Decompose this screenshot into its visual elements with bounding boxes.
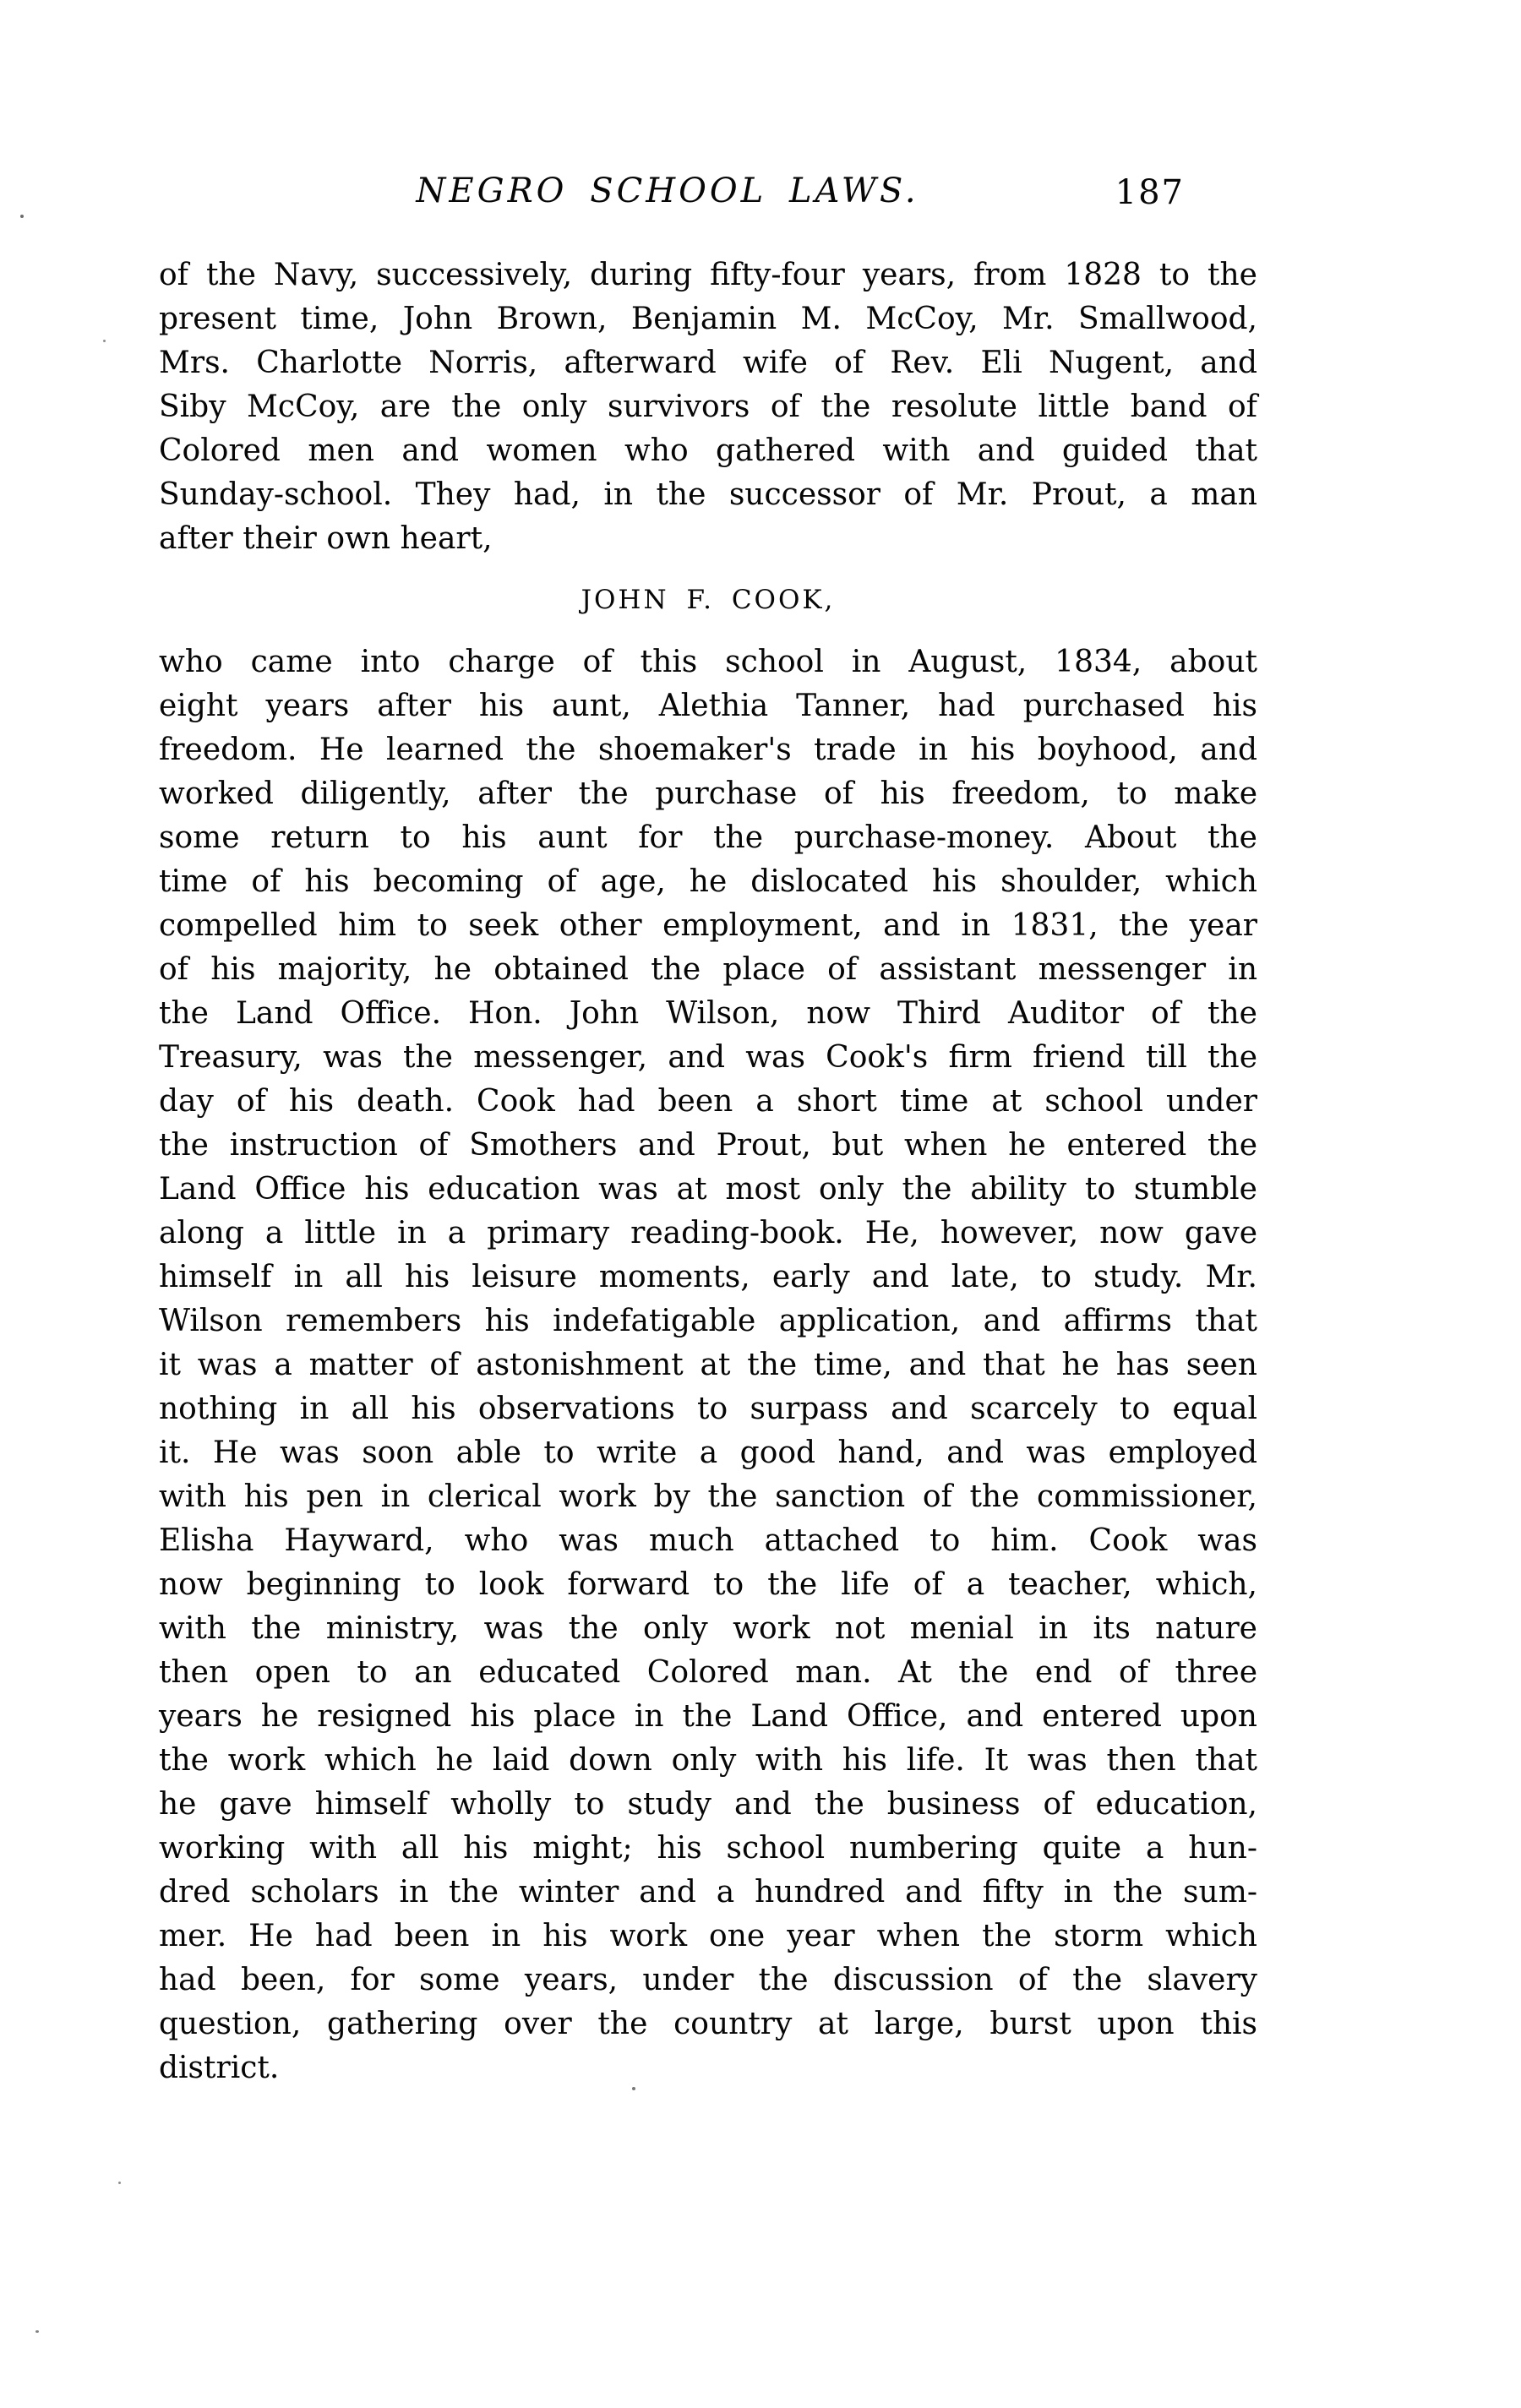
section-heading: JOHN F. COOK,	[159, 581, 1257, 618]
text-line: the Land Office. Hon. John Wilson, now T…	[159, 992, 1257, 1036]
text-line: of his majority, he obtained the place o…	[159, 948, 1257, 992]
text-line: Treasury, was the messenger, and was Coo…	[159, 1036, 1257, 1080]
running-header-title: NEGRO SCHOOL LAWS.	[416, 172, 919, 210]
text-line: it. He was soon able to write a good han…	[159, 1431, 1257, 1475]
text-line: eight years after his aunt, Alethia Tann…	[159, 684, 1257, 728]
text-line: with the ministry, was the only work not…	[159, 1607, 1257, 1651]
text-line: compelled him to seek other employment, …	[159, 904, 1257, 948]
text-line: Colored men and women who gathered with …	[159, 429, 1257, 473]
running-header: NEGRO SCHOOL LAWS. 187	[159, 172, 1257, 217]
text-line: then open to an educated Colored man. At…	[159, 1651, 1257, 1695]
text-line: it was a matter of astonishment at the t…	[159, 1343, 1257, 1387]
book-page: NEGRO SCHOOL LAWS. 187 of the Navy, succ…	[0, 0, 1521, 2408]
text-line: Wilson remembers his indefatigable appli…	[159, 1299, 1257, 1343]
text-line: district.	[159, 2046, 1257, 2090]
text-line: Siby McCoy, are the only survivors of th…	[159, 385, 1257, 429]
text-line: had been, for some years, under the disc…	[159, 1959, 1257, 2002]
text-line: worked diligently, after the purchase of…	[159, 772, 1257, 816]
paragraph-2: who came into charge of this school in A…	[159, 640, 1257, 2090]
text-line: Elisha Hayward, who was much attached to…	[159, 1519, 1257, 1563]
scan-speck	[118, 2182, 121, 2184]
text-line: the instruction of Smothers and Prout, b…	[159, 1124, 1257, 1168]
text-line: nothing in all his observations to surpa…	[159, 1387, 1257, 1431]
text-line: after their own heart,	[159, 517, 1257, 561]
text-line: who came into charge of this school in A…	[159, 640, 1257, 684]
text-line: question, gathering over the country at …	[159, 2002, 1257, 2046]
text-line: himself in all his leisure moments, earl…	[159, 1256, 1257, 1299]
text-line: Mrs. Charlotte Norris, afterward wife of…	[159, 341, 1257, 385]
text-line: present time, John Brown, Benjamin M. Mc…	[159, 297, 1257, 341]
text-line: dred scholars in the winter and a hundre…	[159, 1871, 1257, 1915]
text-line: freedom. He learned the shoemaker's trad…	[159, 728, 1257, 772]
text-line: he gave himself wholly to study and the …	[159, 1783, 1257, 1827]
paragraph-1: of the Navy, successively, during fifty-…	[159, 253, 1257, 561]
text-line: time of his becoming of age, he dislocat…	[159, 860, 1257, 904]
text-line: with his pen in clerical work by the san…	[159, 1475, 1257, 1519]
scan-speck	[632, 2087, 635, 2090]
text-line: along a little in a primary reading-book…	[159, 1212, 1257, 1256]
text-line: Land Office his education was at most on…	[159, 1168, 1257, 1212]
text-line: now beginning to look forward to the lif…	[159, 1563, 1257, 1607]
scan-speck	[20, 215, 24, 218]
scan-speck	[103, 340, 106, 342]
text-line: of the Navy, successively, during fifty-…	[159, 253, 1257, 297]
text-line: Sunday-school. They had, in the successo…	[159, 473, 1257, 517]
page-number: 187	[1115, 173, 1185, 212]
scan-speck	[35, 2330, 39, 2333]
text-line: the work which he laid down only with hi…	[159, 1739, 1257, 1783]
text-line: some return to his aunt for the purchase…	[159, 816, 1257, 860]
text-line: years he resigned his place in the Land …	[159, 1695, 1257, 1739]
text-line: working with all his might; his school n…	[159, 1827, 1257, 1871]
text-line: day of his death. Cook had been a short …	[159, 1080, 1257, 1124]
body-text: of the Navy, successively, during fifty-…	[159, 253, 1257, 2090]
text-line: mer. He had been in his work one year wh…	[159, 1915, 1257, 1959]
